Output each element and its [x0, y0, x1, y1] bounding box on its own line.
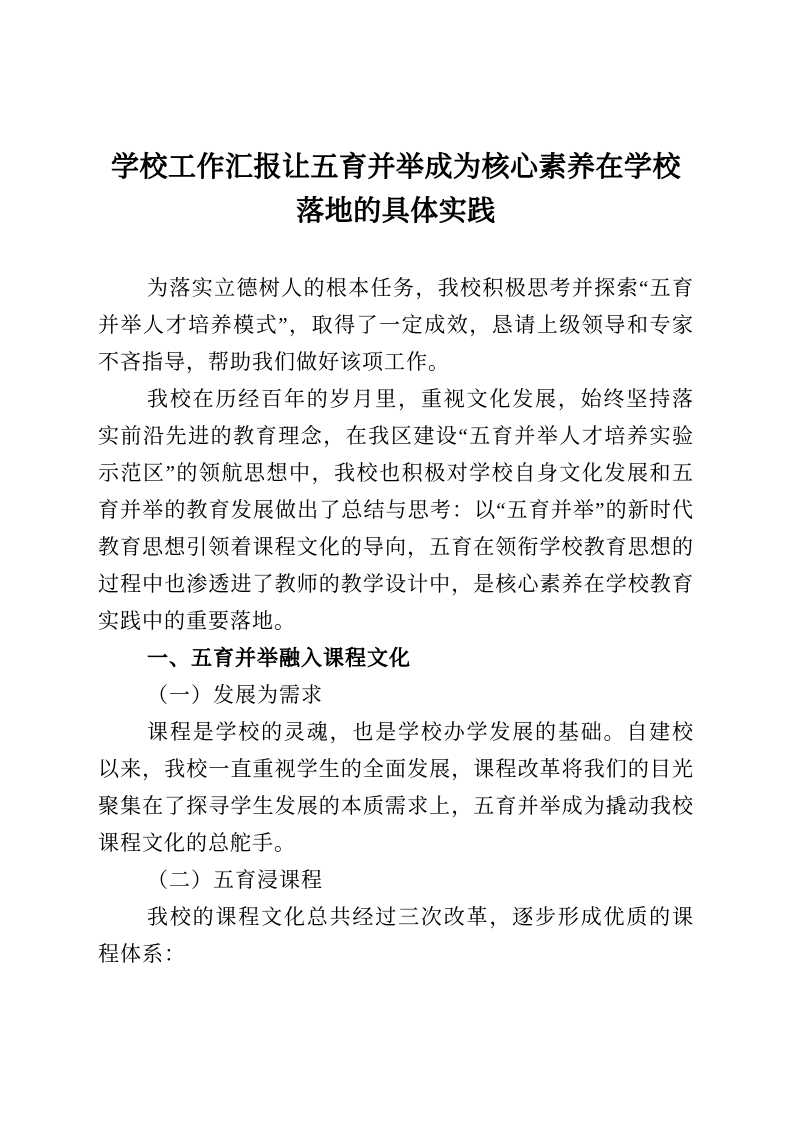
document-title: 学校工作汇报让五育并举成为核心素养在学校落地的具体实践	[98, 146, 694, 234]
paragraph: 我校的课程文化总共经过三次改革，逐步形成优质的课程体系：	[98, 899, 694, 973]
subsection-heading: （一）发展为需求	[98, 677, 694, 714]
subsection-heading: （二）五育浸课程	[98, 862, 694, 899]
document-page: 学校工作汇报让五育并举成为核心素养在学校落地的具体实践 为落实立德树人的根本任务…	[0, 0, 793, 1122]
paragraph: 为落实立德树人的根本任务，我校积极思考并探索“五育并举人才培养模式”，取得了一定…	[98, 270, 694, 381]
section-heading: 一、五育并举融入课程文化	[98, 640, 694, 677]
paragraph: 课程是学校的灵魂，也是学校办学发展的基础。自建校以来，我校一直重视学生的全面发展…	[98, 714, 694, 862]
paragraph: 我校在历经百年的岁月里，重视文化发展，始终坚持落实前沿先进的教育理念，在我区建设…	[98, 381, 694, 640]
